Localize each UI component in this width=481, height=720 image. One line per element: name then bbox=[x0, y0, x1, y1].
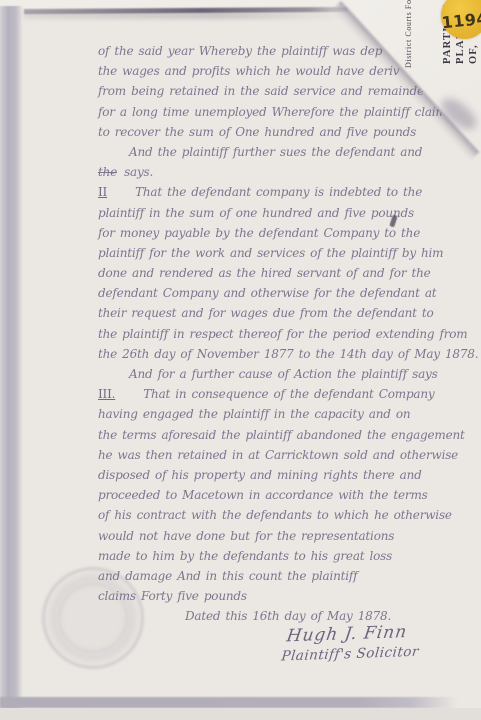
printed-label-small: District Courts Fo bbox=[404, 0, 413, 68]
manuscript-line: for money payable by the defendant Compa… bbox=[0, 226, 481, 246]
manuscript-line-text: says. bbox=[124, 165, 153, 179]
manuscript-line: And for a further cause of Action the pl… bbox=[0, 367, 481, 387]
top-crease-soft-shadow bbox=[24, 12, 348, 19]
manuscript-line: their request and for wages due from the… bbox=[0, 306, 481, 326]
backdrop-strip bbox=[0, 708, 481, 720]
manuscript-line: having engaged the plaintiff in the capa… bbox=[0, 407, 481, 427]
manuscript-line: the 26th day of November 1877 to the 14t… bbox=[0, 347, 481, 367]
manuscript-line: of his contract with the defendants to w… bbox=[0, 508, 481, 528]
manuscript-line: thesays. bbox=[0, 165, 481, 185]
manuscript-line: done and rendered as the hired servant o… bbox=[0, 266, 481, 286]
manuscript-line: made to him by the defendants to his gre… bbox=[0, 549, 481, 569]
signature-block: Hugh J. Finn Plaintiff's Solicitor bbox=[286, 622, 419, 665]
bottom-page-edge-shadow bbox=[0, 697, 458, 708]
manuscript-line: disposed of his property and mining righ… bbox=[0, 468, 481, 488]
manuscript-line-text: That in consequence of the defendant Com… bbox=[143, 387, 434, 401]
sticker-number: 1194 bbox=[440, 0, 481, 32]
manuscript-line: defendant Company and otherwise for the … bbox=[0, 286, 481, 306]
manuscript-line: to recover the sum of One hundred and fi… bbox=[0, 125, 481, 145]
manuscript-line: for a long time unemployed Wherefore the… bbox=[0, 105, 481, 125]
manuscript-line: would not have done but for the represen… bbox=[0, 529, 481, 549]
manuscript-line: the terms aforesaid the plaintiff abando… bbox=[0, 428, 481, 448]
manuscript-line: III.That in consequence of the defendant… bbox=[0, 387, 481, 407]
signature: Hugh J. Finn bbox=[285, 622, 419, 647]
manuscript-line-text: That the defendant company is indebted t… bbox=[135, 185, 422, 199]
manuscript-line: proceeded to Macetown in accordance with… bbox=[0, 488, 481, 508]
manuscript-line: the plaintiff in respect thereof for the… bbox=[0, 327, 481, 347]
signature-title: Plaintiff's Solicitor bbox=[281, 644, 420, 665]
ink-stamp bbox=[42, 567, 144, 669]
manuscript-line: plaintiff in the sum of one hundred and … bbox=[0, 206, 481, 226]
manuscript-line: plaintiff for the work and services of t… bbox=[0, 246, 481, 266]
struck-word: the bbox=[98, 165, 117, 179]
section-numeral: II bbox=[98, 185, 107, 199]
manuscript-text-block: of the said year Whereby the plaintiff w… bbox=[0, 44, 481, 629]
manuscript-line: IIThat the defendant company is indebted… bbox=[0, 185, 481, 205]
manuscript-line: And the plaintiff further sues the defen… bbox=[0, 145, 481, 165]
section-numeral: III. bbox=[98, 387, 115, 401]
manuscript-line: he was then retained in at Carricktown s… bbox=[0, 448, 481, 468]
